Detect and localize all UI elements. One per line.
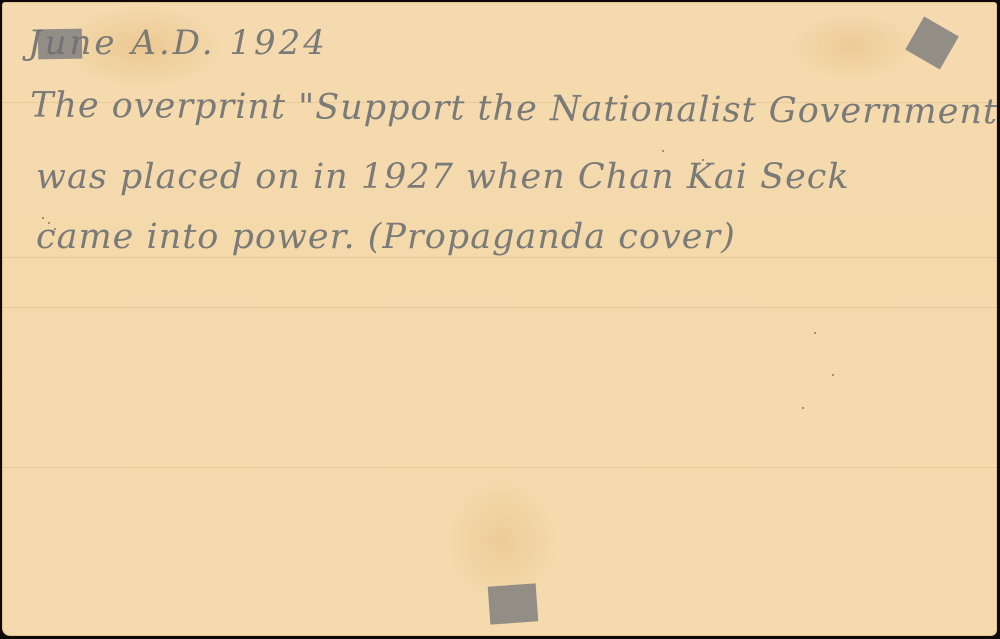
note-date-line: June A.D. 1924 (28, 26, 328, 60)
hinge-remnant-top-right (905, 17, 959, 70)
note-line-3: was placed on in 1927 when Chan Kai Seck (36, 160, 850, 195)
hinge-remnant-bottom-center (488, 583, 539, 624)
paper-crease (2, 257, 997, 258)
note-line-2: The overprint "Support the Nationalist G… (30, 89, 1000, 131)
ink-speck (662, 150, 664, 152)
note-line-4: came into power. (Propaganda cover) (36, 220, 736, 255)
ink-speck (802, 407, 804, 409)
ink-speck (832, 374, 834, 376)
paper-crease (2, 307, 997, 308)
postcard-back: June A.D. 1924 The overprint "Support th… (2, 2, 997, 636)
paper-crease (2, 467, 997, 468)
ink-speck (814, 332, 816, 334)
